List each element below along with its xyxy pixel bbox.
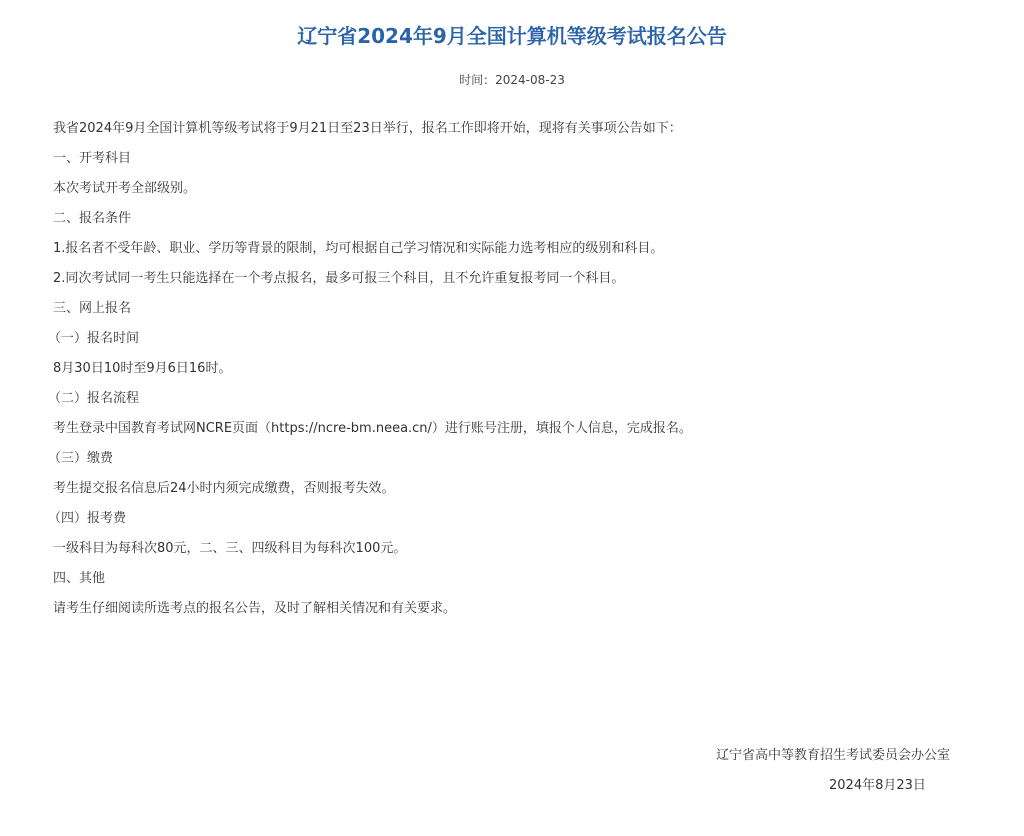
subheading-payment: （三）缴费 <box>48 444 983 474</box>
intro-paragraph: 我省2024年9月全国计算机等级考试将于9月21日至23日举行，报名工作即将开始… <box>53 114 983 144</box>
paragraph: 考生提交报名信息后24小时内须完成缴费，否则报考失效。 <box>53 474 983 504</box>
paragraph: 2.同次考试同一考生只能选择在一个考点报名，最多可报三个科目，且不允许重复报考同… <box>53 264 983 294</box>
section-heading-online-registration: 三、网上报名 <box>53 294 983 324</box>
publish-time: 时间：2024-08-23 <box>0 71 1024 88</box>
signature-org: 辽宁省高中等教育招生考试委员会办公室 <box>716 744 950 763</box>
subheading-registration-time: （一）报名时间 <box>48 324 983 354</box>
signature-date: 2024年8月23日 <box>829 774 926 793</box>
paragraph: 一级科目为每科次80元，二、三、四级科目为每科次100元。 <box>53 534 983 564</box>
section-heading-subjects: 一、开考科目 <box>53 144 983 174</box>
section-heading-other: 四、其他 <box>53 564 983 594</box>
subheading-fees: （四）报考费 <box>48 504 983 534</box>
section-heading-conditions: 二、报名条件 <box>53 204 983 234</box>
subheading-registration-process: （二）报名流程 <box>48 384 983 414</box>
article-body: 我省2024年9月全国计算机等级考试将于9月21日至23日举行，报名工作即将开始… <box>53 114 983 624</box>
paragraph: 1.报名者不受年龄、职业、学历等背景的限制，均可根据自己学习情况和实际能力选考相… <box>53 234 983 264</box>
paragraph: 本次考试开考全部级别。 <box>53 174 983 204</box>
paragraph: 考生登录中国教育考试网NCRE页面（https://ncre-bm.neea.c… <box>53 414 983 444</box>
paragraph: 请考生仔细阅读所选考点的报名公告，及时了解相关情况和有关要求。 <box>53 594 983 624</box>
page-title: 辽宁省2024年9月全国计算机等级考试报名公告 <box>0 20 1024 49</box>
paragraph: 8月30日10时至9月6日16时。 <box>53 354 983 384</box>
